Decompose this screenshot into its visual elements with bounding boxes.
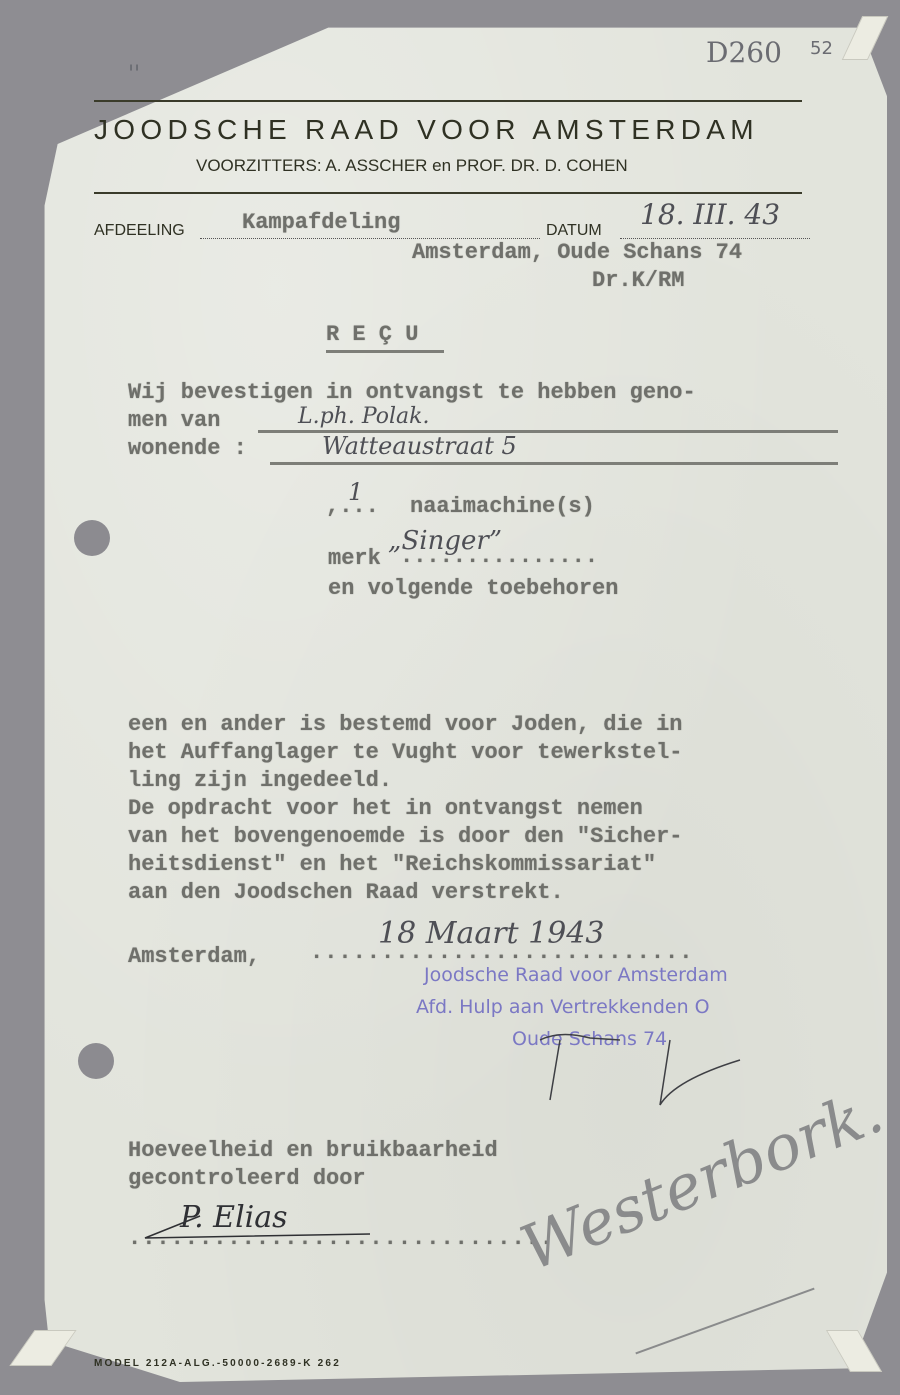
- organization-name: JOODSCHE RAAD VOOR AMSTERDAM: [94, 114, 804, 146]
- body-line: ling zijn ingedeeld.: [128, 768, 683, 796]
- chairmen-line: VOORZITTERS: A. ASSCHER en PROF. DR. D. …: [196, 156, 628, 176]
- department-label: AFDEELING: [94, 222, 185, 240]
- residing-value: Watteaustraat 5: [322, 432, 517, 460]
- department-value: Kampafdeling: [242, 210, 400, 235]
- body-line: aan den Joodschen Raad verstrekt.: [128, 880, 683, 908]
- from-value: L.ph. Polak.: [298, 404, 429, 429]
- receipt-title: R E Ç U: [326, 322, 418, 347]
- archive-page-number: 52: [810, 38, 833, 59]
- brand-dots: ...............: [400, 544, 598, 569]
- from-label: men van: [128, 408, 220, 433]
- stamp-signature: [510, 1030, 750, 1110]
- body-line: een en ander is bestemd voor Joden, die …: [128, 712, 683, 740]
- control-line-2: gecontroleerd door: [128, 1166, 366, 1191]
- corner-mark: '': [128, 62, 140, 87]
- accessories-label: en volgende toebehoren: [328, 576, 618, 601]
- body-line: heitsdienst" en het "Reichskommissariat": [128, 852, 683, 880]
- date-line: [620, 238, 810, 239]
- letterhead-bottom-rule: [94, 192, 802, 194]
- item-label: naaimachine(s): [410, 494, 595, 519]
- handwritten-date: 18 Maart 1943: [378, 916, 604, 951]
- folded-corner-bottom-left: [9, 1330, 76, 1366]
- residing-underline: [270, 462, 838, 465]
- brand-label: merk: [328, 546, 381, 571]
- letterhead-top-rule: [94, 100, 802, 102]
- reference-initials: Dr.K/RM: [592, 268, 684, 293]
- body-line: het Auffanglager te Vught voor tewerkste…: [128, 740, 683, 768]
- intro-line: Wij bevestigen in ontvangst te hebben ge…: [128, 380, 696, 405]
- archive-reference: D260: [706, 36, 782, 69]
- punch-hole-lower: [78, 1043, 114, 1079]
- control-line-1: Hoeveelheid en bruikbaarheid: [128, 1138, 498, 1163]
- date-value: 18. III. 43: [640, 198, 780, 231]
- body-line: van het bovengenoemde is door den "Siche…: [128, 824, 683, 852]
- stamp-line: Joodsche Raad voor Amsterdam: [424, 964, 728, 996]
- body-paragraph: een en ander is bestemd voor Joden, die …: [128, 712, 683, 908]
- place-label: Amsterdam,: [128, 944, 260, 969]
- department-line: [200, 238, 540, 239]
- receipt-title-underline: [326, 350, 444, 353]
- control-dots: ..............................: [128, 1226, 554, 1251]
- address-line: Amsterdam, Oude Schans 74: [412, 240, 742, 265]
- form-code: MODEL 212A-ALG.-50000-2689-K 262: [94, 1358, 341, 1369]
- residing-label: wonende :: [128, 436, 247, 461]
- date-label: DATUM: [546, 222, 602, 240]
- body-line: De opdracht voor het in ontvangst nemen: [128, 796, 683, 824]
- stamp-line: Afd. Hulp aan Vertrekkenden O: [416, 996, 728, 1028]
- quantity-dots: ,...: [326, 494, 379, 519]
- punch-hole-upper: [74, 520, 110, 556]
